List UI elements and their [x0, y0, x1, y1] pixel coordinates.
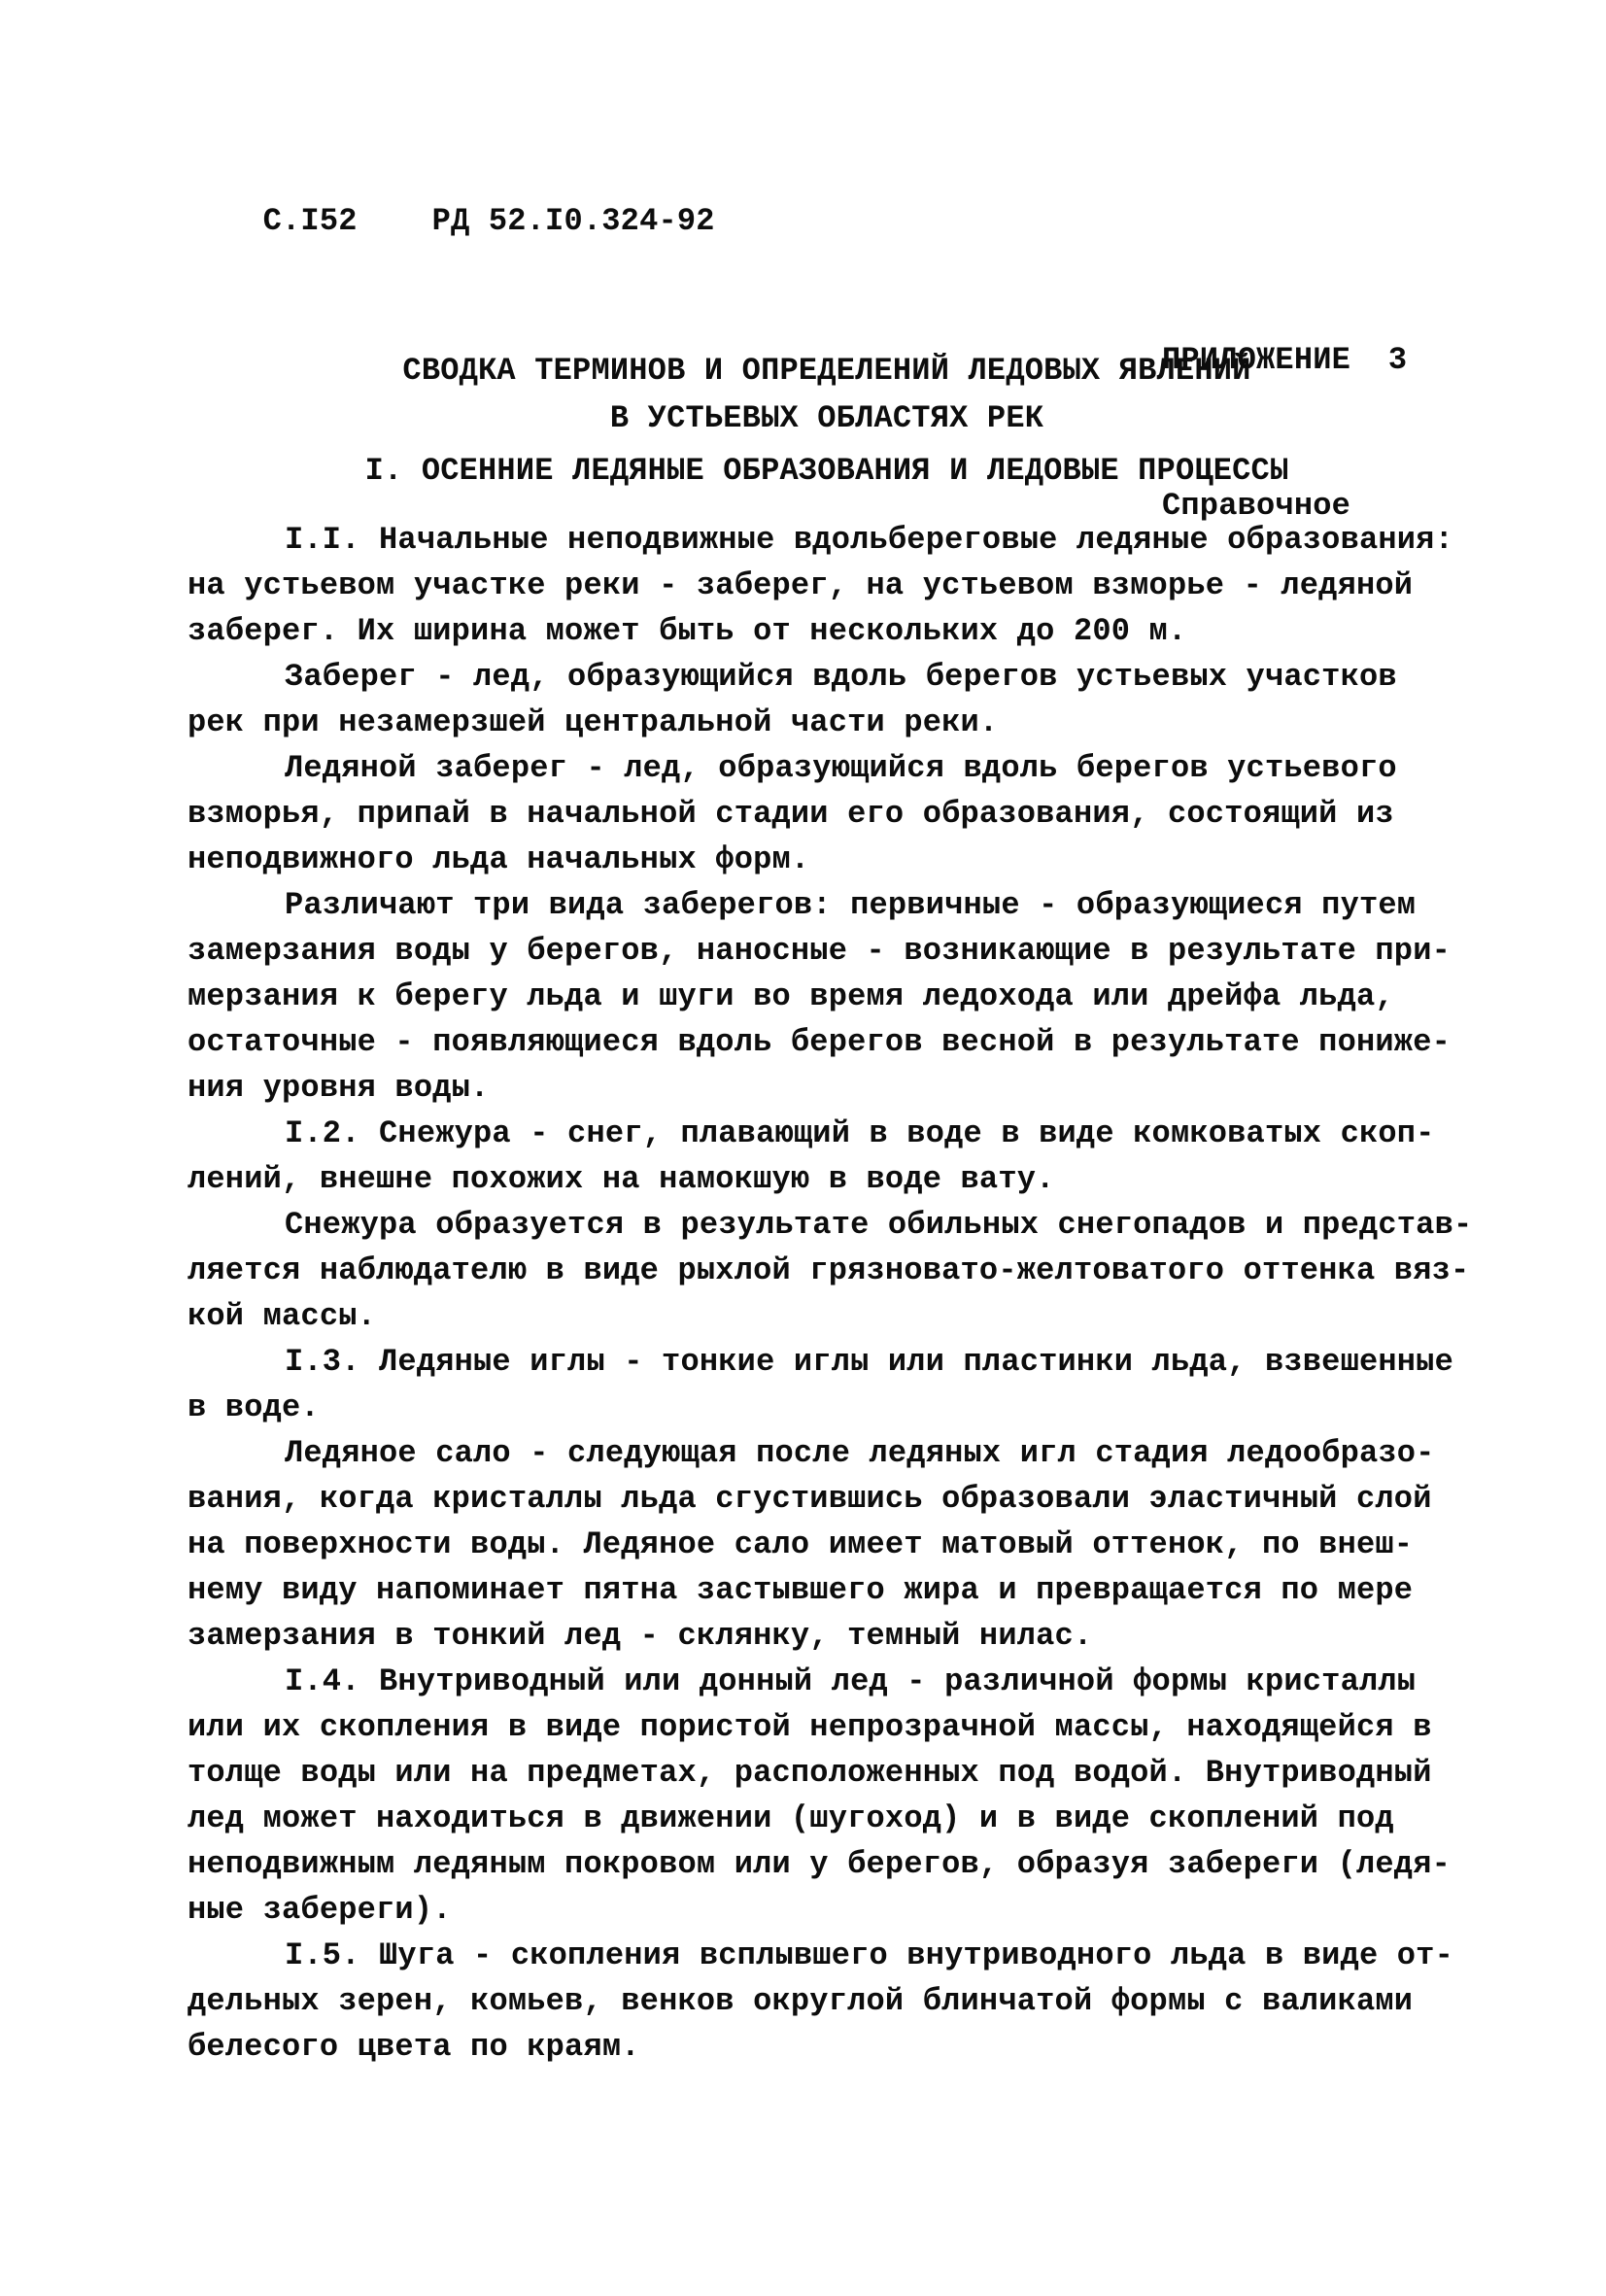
paragraph-ledyanoe-salo: Ледяное сало - следующая после ледяных и… [188, 1430, 1519, 1659]
paragraph-zabereg: Заберег - лед, образующийся вдоль берего… [188, 654, 1519, 745]
paragraph-1-4: I.4. Внутриводный или донный лед - разли… [188, 1659, 1519, 1933]
paragraph-snezhura: Снежура образуется в результате обильных… [188, 1202, 1519, 1339]
paragraph-1-3: I.3. Ледяные иглы - тонкие иглы или плас… [188, 1339, 1519, 1430]
document-page: С.I52РД 52.I0.324-92 ПРИЛОЖЕНИЕ 3 Справо… [0, 0, 1606, 2296]
paragraph-1-1: I.I. Начальные неподвижные вдольбереговы… [188, 517, 1519, 654]
paragraph-1-2: I.2. Снежура - снег, плавающий в воде в … [188, 1111, 1519, 1202]
body-text: I.I. Начальные неподвижные вдольбереговы… [188, 517, 1519, 2070]
document-id-label: РД 52.I0.324-92 [432, 203, 715, 239]
paragraph-ledyanoy-zabereg: Ледяной заберег - лед, образующийся вдол… [188, 745, 1519, 882]
page-number-label: С.I52 [263, 203, 358, 239]
document-title: СВОДКА ТЕРМИНОВ И ОПРЕДЕЛЕНИЙ ЛЕДОВЫХ ЯВ… [188, 347, 1466, 442]
document-title-line2: В УСТЬЕВЫХ ОБЛАСТЯХ РЕК [188, 394, 1466, 442]
paragraph-vidy-zaberegov: Различают три вида заберегов: первичные … [188, 882, 1519, 1111]
section-heading: I. ОСЕННИЕ ЛЕДЯНЫЕ ОБРАЗОВАНИЯ И ЛЕДОВЫЕ… [188, 453, 1466, 489]
document-title-line1: СВОДКА ТЕРМИНОВ И ОПРЕДЕЛЕНИЙ ЛЕДОВЫХ ЯВ… [188, 347, 1466, 394]
paragraph-1-5: I.5. Шуга - скопления всплывшего внутрив… [188, 1933, 1519, 2070]
page-header: С.I52РД 52.I0.324-92 [188, 167, 715, 275]
